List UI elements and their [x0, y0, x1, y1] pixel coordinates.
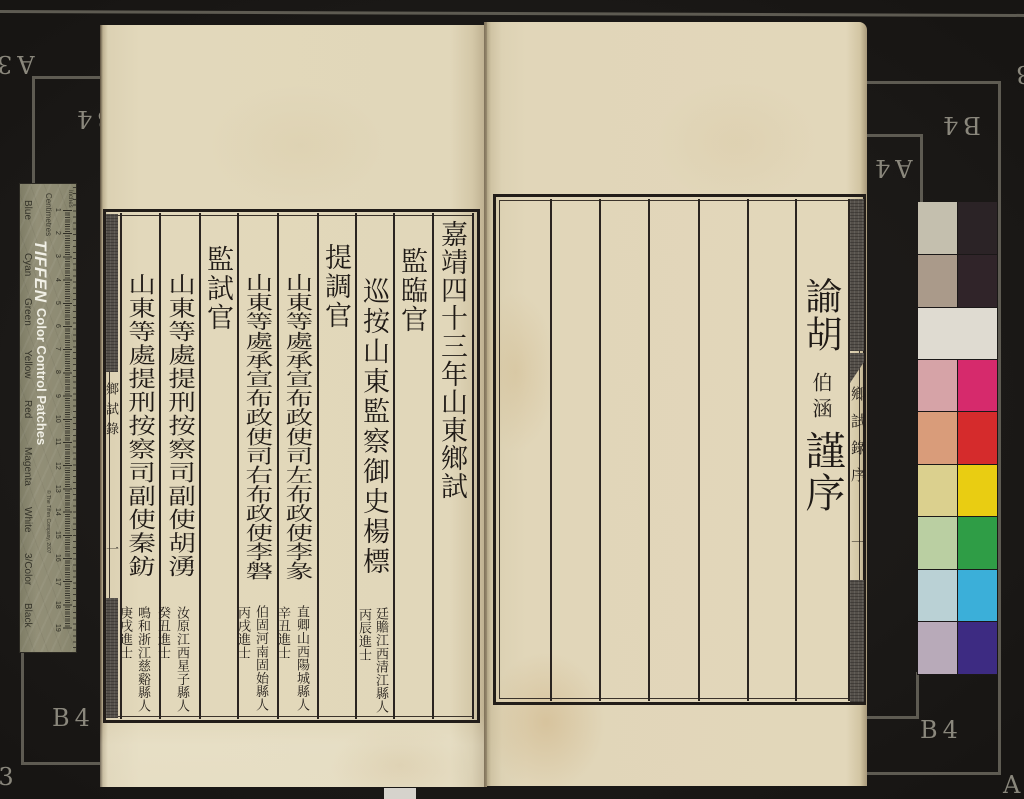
patch-light-gray [918, 202, 957, 254]
cm-number: 14 [54, 508, 61, 516]
guide-line-top [0, 10, 1024, 17]
cm-number: 17 [54, 578, 61, 586]
official-hu-yong: 山東等處提刑按察司副使胡湧 [165, 273, 193, 579]
preface-author-courtesy-name: 伯涵 [811, 372, 831, 424]
patch-green [958, 517, 997, 569]
official-qin-fang-degree: 庚戌進士 [118, 606, 131, 659]
board-label-a4-top-right: A4 [870, 156, 913, 180]
board-label-b4-bottom-right: B4 [920, 718, 963, 742]
guide-line-right-inner-v-top [920, 134, 923, 204]
left-fold-title: 鄉試錄 [104, 382, 117, 442]
column-rule [550, 199, 552, 701]
official-yang-biao-degree: 丙辰進士 [357, 608, 370, 661]
patch-white [918, 308, 997, 359]
column-rule [317, 213, 319, 719]
cm-number: 8 [54, 370, 61, 374]
column-rule [698, 199, 700, 701]
guide-line-right-inner-h-bottom [866, 716, 919, 719]
left-fold-upper-black-mouth [106, 214, 118, 372]
column-rule [432, 213, 434, 719]
color-patch-chart [917, 202, 997, 675]
preface-author-suffix: 謹序 [802, 430, 842, 514]
bookmark-tab [384, 788, 416, 799]
official-li-pan-native: 伯固河南固始縣人 [254, 605, 267, 711]
strip-content: Inches Centimetres TIFFEN Color Control … [20, 184, 76, 652]
tiffen-logo: TIFFEN [32, 240, 49, 303]
strip-copyright: © The Tiffen Company, 2007 [45, 490, 50, 553]
patch-magenta [958, 360, 997, 411]
patch-label-black: Black [22, 603, 32, 627]
right-fold-lower-black-mouth [850, 580, 864, 702]
guide-line-right-outer-h-top [860, 81, 1001, 84]
cm-number: 1 [54, 208, 61, 212]
cm-number: 3 [54, 254, 61, 258]
color-control-strip: Inches Centimetres TIFFEN Color Control … [20, 184, 76, 652]
cm-number: 6 [54, 324, 61, 328]
cm-number: 5 [54, 301, 61, 305]
role-label-proctor: 監試官 [204, 245, 231, 332]
centimetres-label: Centimetres [44, 193, 52, 236]
column-rule [747, 199, 749, 701]
patch-label-3color: 3/Color [22, 553, 32, 585]
official-li-tuan-degree: 辛丑進士 [276, 606, 289, 659]
guide-line-right-outer-h-bottom [866, 772, 1001, 775]
column-rule [648, 199, 650, 701]
patch-cyan [958, 570, 997, 621]
cm-number: 9 [54, 394, 61, 398]
board-label-a3-top-right: A3 [1011, 62, 1024, 86]
column-rule [599, 199, 601, 701]
patch-tan [918, 255, 957, 307]
column-rule [795, 199, 797, 701]
column-rule [472, 213, 474, 719]
cm-number: 19 [54, 624, 61, 632]
patch-blue-violet [958, 622, 997, 674]
patch-label-green: Green [22, 298, 32, 326]
patch-pale-lavender [918, 622, 957, 674]
right-fold-page-number: 一 [850, 535, 865, 550]
patch-label-cyan: Cyan [22, 253, 32, 276]
official-yang-biao-native: 廷贍江西清江縣人 [374, 607, 387, 713]
right-fold-title: 鄉試錄序 [850, 386, 865, 494]
patch-label-white: White [22, 507, 32, 533]
guide-line-right-inner-v-bottom [916, 672, 919, 719]
board-label-a3-bottom-left: A3 [0, 765, 19, 789]
cm-number: 7 [54, 347, 61, 351]
guide-line-left-upper-h [32, 76, 102, 79]
official-qin-fang-native: 鳴和浙江慈谿縣人 [136, 606, 149, 712]
patch-pale-cyan [918, 570, 957, 621]
inch-ruler-ticks [73, 187, 76, 649]
cm-number: 13 [54, 485, 61, 493]
official-li-tuan-native: 直卿山西陽城縣人 [295, 605, 308, 711]
cm-number: 4 [54, 278, 61, 282]
role-label-administrator: 提調官 [322, 243, 349, 330]
guide-line-left-lower-v [21, 652, 24, 765]
patch-red [958, 412, 997, 464]
patch-yellow [958, 465, 997, 516]
board-label-b4-top-right: B4 [938, 113, 981, 137]
official-qin-fang: 山東等處提刑按察司副使秦鈁 [125, 273, 153, 579]
official-hu-yong-degree: 癸丑進士 [156, 606, 169, 659]
patch-pale-pink [918, 360, 957, 411]
guide-line-left-lower-h [21, 762, 101, 765]
official-li-pan-degree: 丙戌進士 [236, 606, 249, 659]
patch-label-yellow: Yellow [22, 350, 32, 379]
column-rule [199, 213, 201, 719]
cm-number: 12 [54, 462, 61, 470]
patch-pale-green [918, 517, 957, 569]
patch-label-magenta: Magenta [22, 447, 32, 486]
official-li-tuan: 山東等處承宣布政使司左布政使李彖 [283, 273, 311, 580]
book-spine-gutter [484, 22, 487, 787]
heading-exam-title: 嘉靖四十三年山東鄉試 [438, 220, 465, 500]
cm-ruler-ticks [63, 210, 72, 630]
right-fold-upper-black-mouth [850, 199, 864, 351]
left-fold-page-number: 一 [104, 542, 117, 555]
cm-number: 2 [54, 231, 61, 235]
role-label-supervisor: 監臨官 [398, 247, 425, 334]
patch-label-red: Red [22, 400, 32, 418]
preface-author-prefix: 諭胡 [802, 277, 839, 353]
guide-line-left-upper-v [32, 76, 35, 186]
strip-title: Color Control Patches [35, 308, 48, 445]
cm-number: 11 [54, 438, 61, 445]
guide-line-right-outer-v [998, 81, 1001, 775]
patch-label-blue: Blue [22, 200, 32, 220]
cm-number: 15 [54, 531, 61, 539]
board-label-a3-bottom-right: A3 [1003, 773, 1024, 797]
cm-number: 10 [54, 415, 61, 423]
cm-number: 16 [54, 554, 61, 562]
inches-label: Inches [67, 190, 73, 208]
official-hu-yong-native: 汝原江西星子縣人 [175, 606, 188, 712]
board-label-b4-bottom-left: B4 [52, 706, 95, 730]
column-rule [393, 213, 395, 719]
cm-number: 18 [54, 601, 61, 609]
official-li-pan: 山東等處承宣布政使司右布政使李磐 [243, 273, 271, 580]
patch-dark-1 [958, 202, 997, 254]
patch-pale-yellow [918, 465, 957, 516]
patch-dark-2 [958, 255, 997, 307]
patch-salmon [918, 412, 957, 464]
official-yang-biao: 巡按山東監察御史楊標 [360, 277, 387, 577]
board-label-a3-top-left: A3 [0, 52, 35, 76]
guide-line-right-inner-h-top [860, 134, 923, 137]
